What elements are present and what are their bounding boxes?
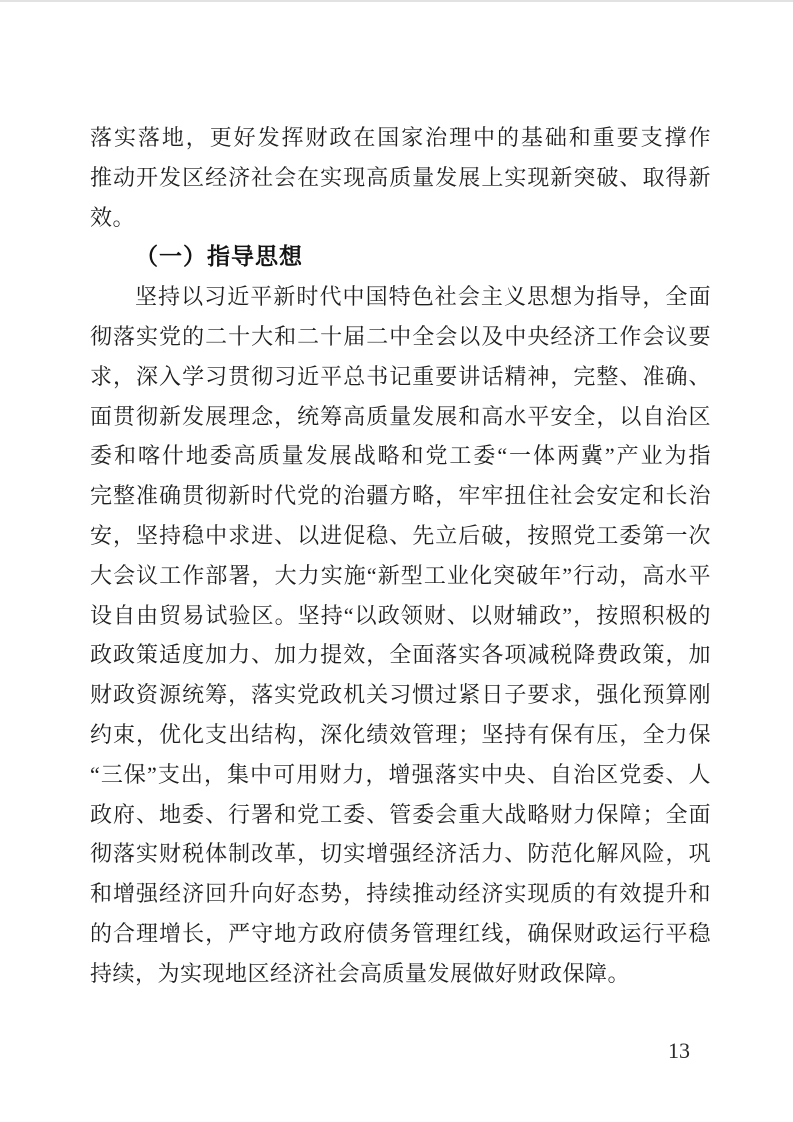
text-line: 持续，为实现地区经济社会高质量发展做好财政保障。 [90,954,711,994]
text-line: 大会议工作部署，大力实施“新型工业化突破年”行动，高水平建 [90,556,711,596]
text-line: 求，深入学习贯彻习近平总书记重要讲话精神，完整、准确、全 [90,357,711,397]
text-line: 政政策适度加力、加力提效，全面落实各项减税降费政策，加强 [90,635,711,675]
text-line: 设自由贸易试验区。坚持“以政领财、以财辅政”，按照积极的财 [90,596,711,636]
text-line: 彻落实党的二十大和二十届二中全会以及中央经济工作会议要 [90,317,711,357]
text-line: 效。 [90,198,711,238]
text-line: 落实落地，更好发挥财政在国家治理中的基础和重要支撑作用， [90,118,711,158]
paragraph-guiding-ideology: 坚持以习近平新时代中国特色社会主义思想为指导，全面贯彻落实党的二十大和二十届二中… [90,277,711,993]
text-line: 和增强经济回升向好态势，持续推动经济实现质的有效提升和量 [90,874,711,914]
text-line: 面贯彻新发展理念，统筹高质量发展和高水平安全，以自治区党 [90,397,711,437]
text-line: 完整准确贯彻新时代党的治疆方略，牢牢扭住社会安定和长治久 [90,476,711,516]
text-line: 委和喀什地委高质量发展战略和党工委“一体两冀”产业为指引， [90,436,711,476]
page-number: 13 [668,1038,708,1064]
text-line: 政府、地委、行署和党工委、管委会重大战略财力保障；全面贯 [90,795,711,835]
text-line: 彻落实财税体制改革，切实增强经济活力、防范化解风险，巩固 [90,834,711,874]
document-page: 落实落地，更好发挥财政在国家治理中的基础和重要支撑作用，推动开发区经济社会在实现… [0,0,793,1122]
text-line: 安，坚持稳中求进、以进促稳、先立后破，按照党工委第一次扩 [90,516,711,556]
body-text: 落实落地，更好发挥财政在国家治理中的基础和重要支撑作用，推动开发区经济社会在实现… [90,118,711,994]
text-line: 坚持以习近平新时代中国特色社会主义思想为指导，全面贯 [90,277,711,317]
text-line: 财政资源统筹，落实党政机关习惯过紧日子要求，强化预算刚性 [90,675,711,715]
text-line: “三保”支出，集中可用财力，增强落实中央、自治区党委、人民 [90,755,711,795]
paragraph-continuation: 落实落地，更好发挥财政在国家治理中的基础和重要支撑作用，推动开发区经济社会在实现… [90,118,711,237]
text-line: 的合理增长，严守地方政府债务管理红线，确保财政运行平稳可 [90,914,711,954]
section-heading: （一）指导思想 [90,237,711,277]
text-line: 推动开发区经济社会在实现高质量发展上实现新突破、取得新成 [90,158,711,198]
text-line: 约束，优化支出结构，深化绩效管理；坚持有保有压，全力保障 [90,715,711,755]
